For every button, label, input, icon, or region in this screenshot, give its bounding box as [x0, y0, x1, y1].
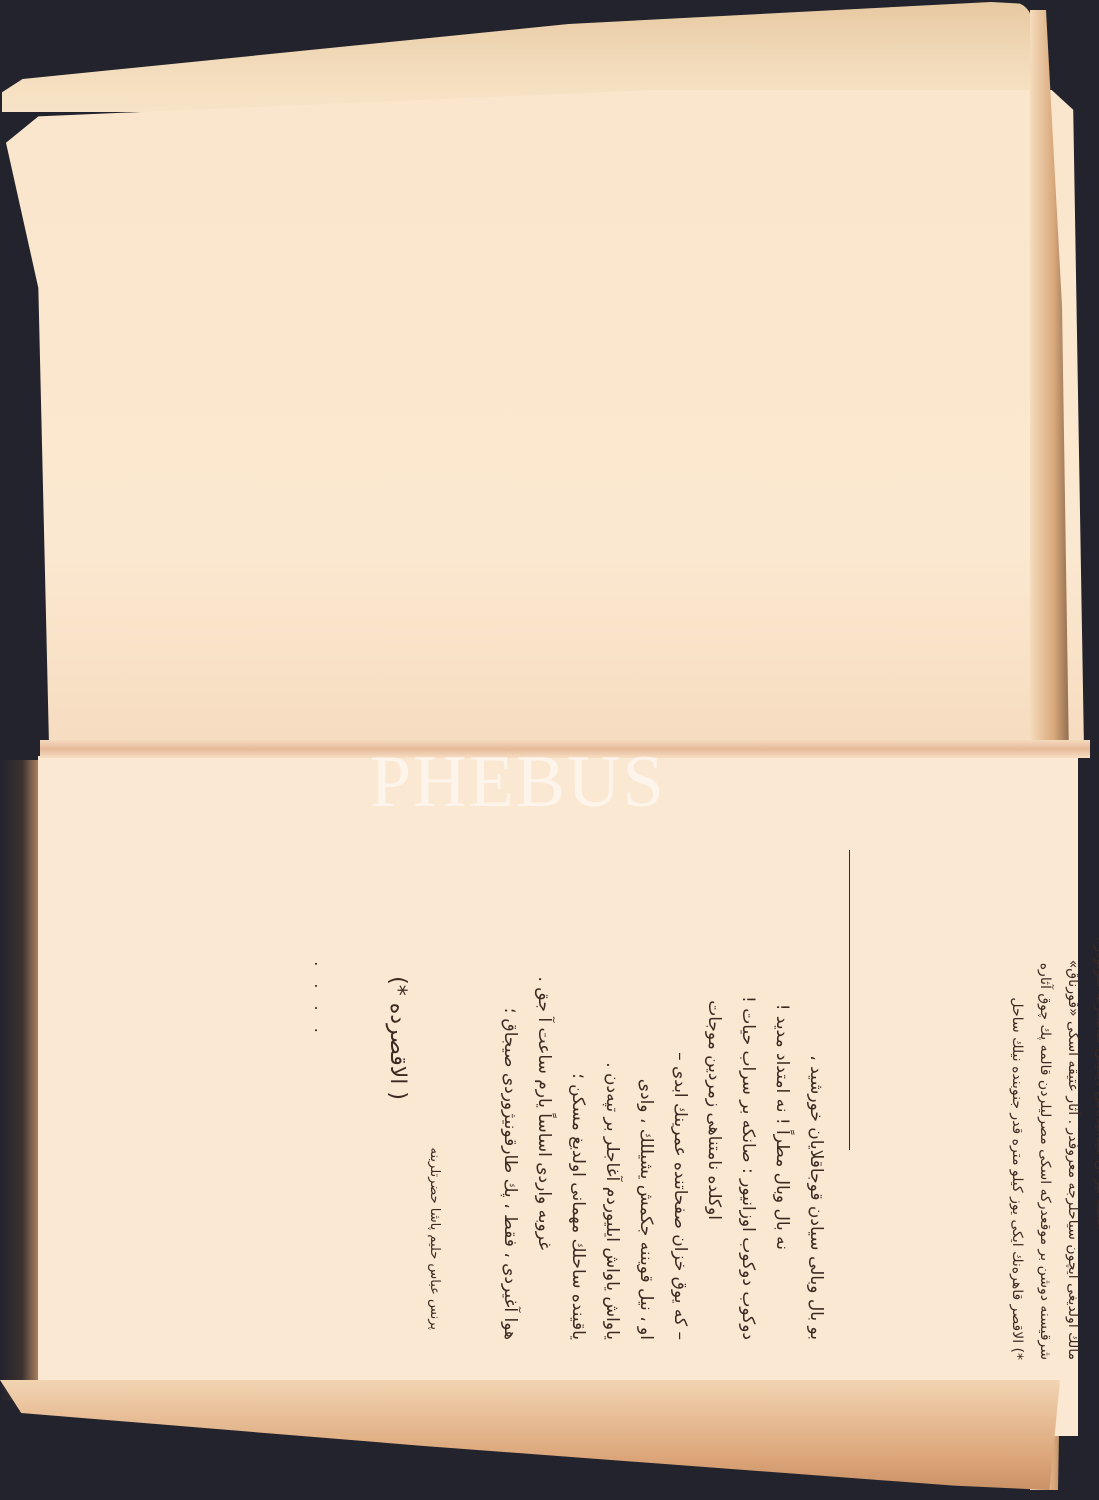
poem-verses: هوا آغیردی ، فقط ، پك طارقونیژوردی صیجاق…	[484, 820, 824, 1340]
footnote-line: *) الاقصر قاهره‌نك ایكی یوز كیلو متره قد…	[996, 890, 1024, 1360]
verse-line: غروبه واردی اساساً یارم ساعت آ جق .	[518, 820, 552, 1340]
rotated-text-block: . . . . ( الاقصرده *) پرنس عباس حلیم پاش…	[350, 830, 990, 1350]
poem-dedication: پرنس عباس حلیم پاشا حضرتلرینه	[427, 1148, 442, 1330]
watermark: PHEBUS	[370, 740, 666, 825]
book-spine-shadow	[0, 760, 40, 1400]
verse-line: – كه یوق خزان صفحاتنده عمرینك ابدی –	[654, 820, 688, 1340]
blank-upper-page	[6, 90, 1084, 750]
verse-line: هوا آغیردی ، فقط ، پك طارقونیژوردی صیجاق…	[484, 820, 518, 1340]
poem-title: ( الاقصرده *)	[385, 976, 410, 1100]
open-book: PHEBUS . . . . ( الاقصرده *) پرنس عباس ح…	[0, 0, 1099, 1500]
verse-line: اوكلده نامتناهی زمردین موجات	[688, 820, 722, 1340]
ornament-dots: . . . .	[311, 950, 330, 1050]
verse-line: او ، نیل قویننه جكمش یشیللك ، وادی	[620, 820, 654, 1340]
bottom-page-edges	[0, 1380, 1060, 1490]
footnote-line: شرقیسنه دوشن بر موقعدركه اسكی مصرلیلردن …	[1024, 890, 1052, 1360]
verse-line: یاواش یاواش ایلیوردم آغاجلر بر تپه‌دن .	[586, 820, 620, 1340]
footnote-line: مالك اولدیغی ایچون سیاحلرجه معروفدر . آث…	[1052, 890, 1080, 1360]
verse-line: نه بال وبال مطراً ! نه امتداد مدید !	[756, 820, 790, 1340]
verse-line: بو بال وبالی سیادن قوجاقلایان خورشید ،	[790, 820, 824, 1340]
verse-line: یاقینده ساحلك مهمانی اولدیغ مسكن ؛	[552, 820, 586, 1340]
footnote: *) الاقصر قاهره‌نك ایكی یوز كیلو متره قد…	[996, 890, 1099, 1360]
footnote-line: اسمه نیز آن میدانیده‌كی دیكیلی طاشلرله ط…	[1080, 890, 1099, 1360]
footnote-rule	[849, 850, 850, 1150]
verse-line: دوكوب دوكوب اوزانیور : صانكه بر سراب حیا…	[722, 820, 756, 1340]
